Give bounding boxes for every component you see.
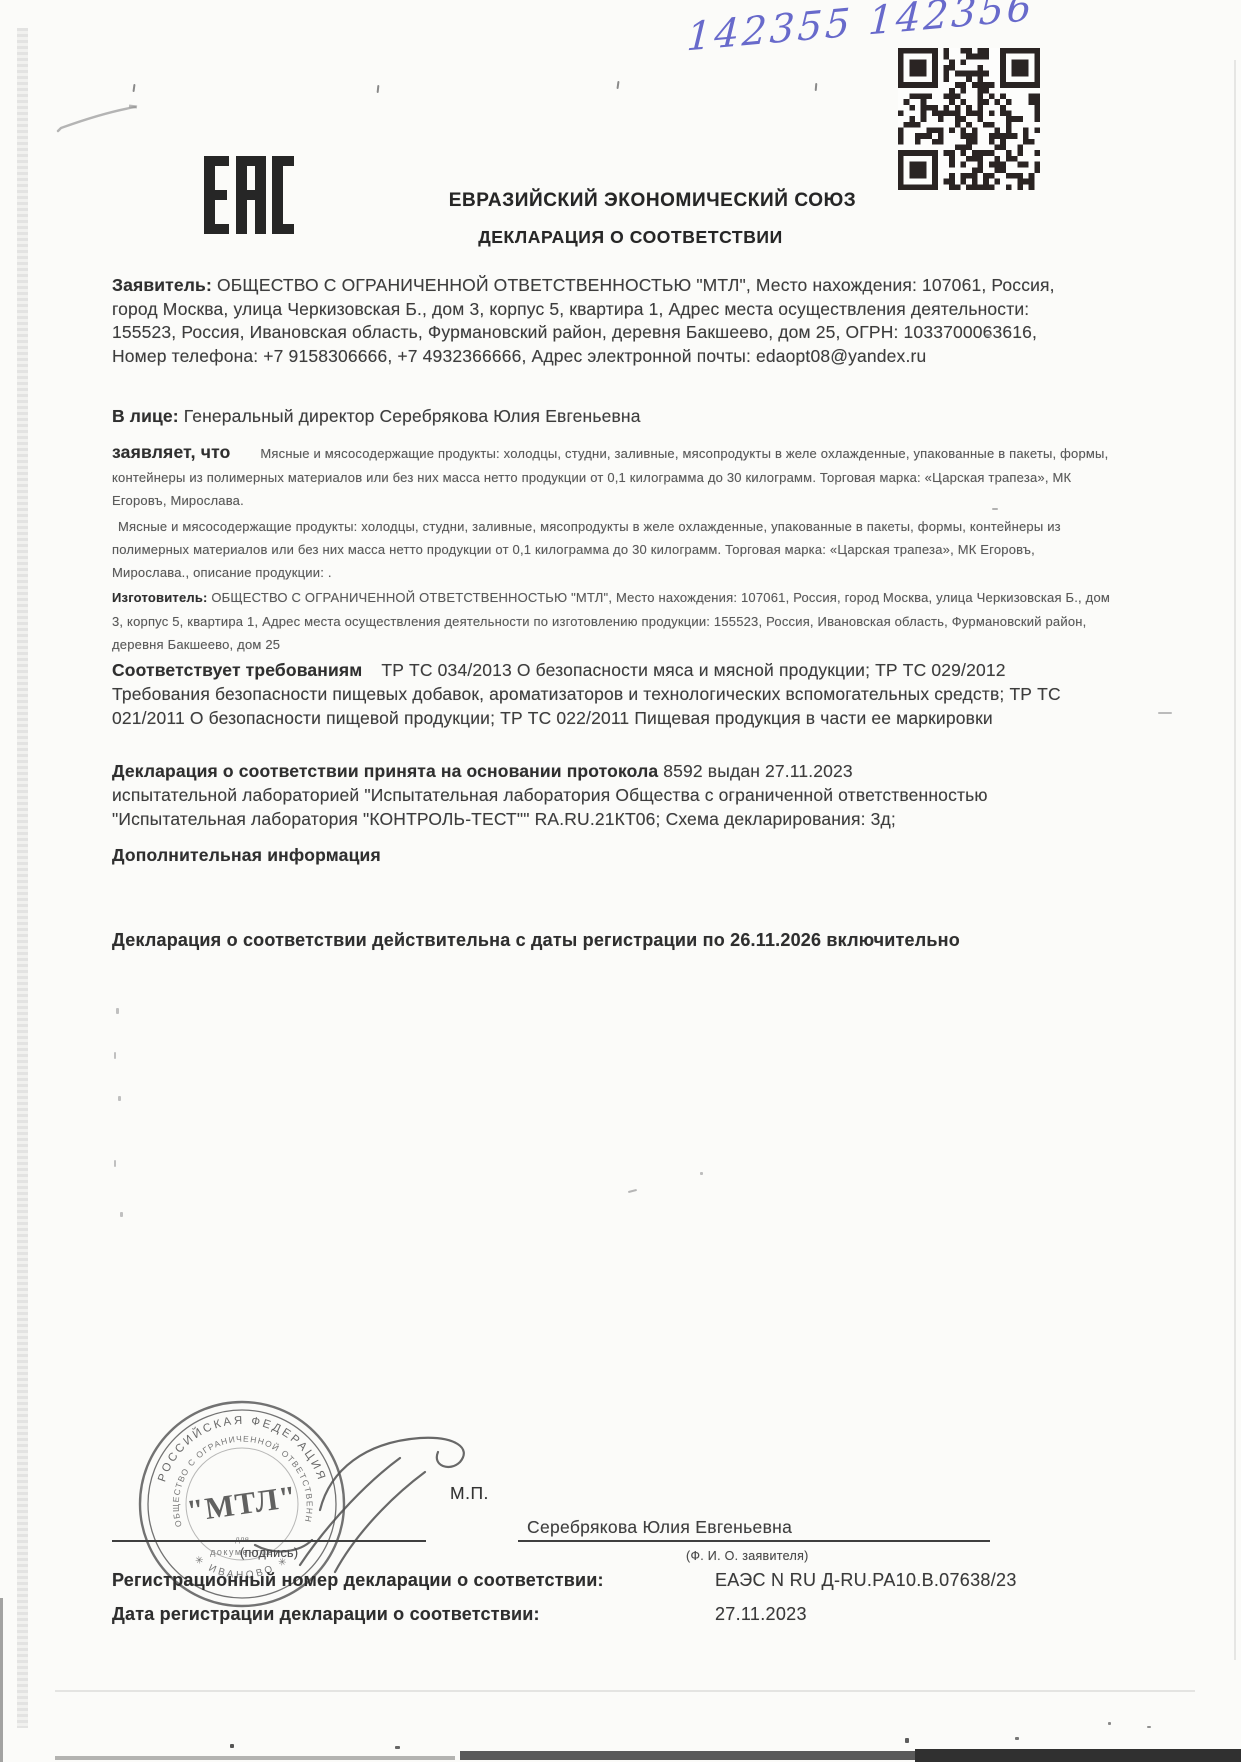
scan-speck bbox=[1015, 1737, 1019, 1740]
in-person-label: В лице: bbox=[112, 406, 179, 426]
signature-scribble bbox=[240, 1425, 500, 1585]
applicant-text: ОБЩЕСТВО С ОГРАНИЧЕННОЙ ОТВЕТСТВЕННОСТЬЮ… bbox=[112, 275, 1055, 366]
scan-speck bbox=[905, 1738, 909, 1743]
basis-value: 8592 выдан 27.11.2023 bbox=[663, 761, 853, 781]
scan-bottom-band-dark bbox=[915, 1749, 1241, 1762]
basis-line: Декларация о соответствии принята на осн… bbox=[112, 759, 1100, 783]
conforms-section: Соответствует требованиям ТР ТС 034/2013… bbox=[112, 658, 1100, 730]
reg-number-label: Регистрационный номер декларации о соотв… bbox=[112, 1570, 604, 1591]
scan-speck bbox=[118, 1096, 121, 1101]
scan-speck bbox=[395, 1746, 400, 1749]
scan-speck bbox=[114, 1160, 116, 1167]
scan-speck bbox=[1158, 712, 1172, 714]
reg-number-value: ЕАЭС N RU Д-RU.РА10.В.07638/23 bbox=[715, 1570, 1017, 1591]
qr-code bbox=[898, 48, 1040, 190]
scan-speck bbox=[700, 1172, 703, 1175]
product-description: Мясные и мясосодержащие продукты: холодц… bbox=[112, 515, 1114, 584]
name-line bbox=[518, 1540, 990, 1542]
applicant-section: Заявитель: ОБЩЕСТВО С ОГРАНИЧЕННОЙ ОТВЕТ… bbox=[112, 274, 1094, 368]
reg-date-value: 27.11.2023 bbox=[715, 1604, 807, 1625]
scan-speck bbox=[230, 1744, 234, 1748]
declares-section: заявляет, что Мясные и мясосодержащие пр… bbox=[112, 441, 1120, 513]
reg-date-label: Дата регистрации декларации о соответств… bbox=[112, 1604, 540, 1625]
scan-bottom-band-mid bbox=[460, 1751, 920, 1760]
scan-bottom-band-light bbox=[55, 1756, 455, 1760]
tick-mark bbox=[377, 85, 380, 93]
declares-label: заявляет, что bbox=[112, 442, 231, 462]
stamp-place-label: М.П. bbox=[450, 1483, 489, 1504]
pencil-stroke-mark bbox=[55, 98, 145, 134]
validity-statement: Декларация о соответствии действительна … bbox=[112, 930, 1122, 951]
tick-mark bbox=[132, 84, 135, 92]
applicant-label: Заявитель: bbox=[112, 275, 212, 295]
basis-section: Декларация о соответствии принята на осн… bbox=[112, 759, 1100, 831]
scan-edge-line-right bbox=[1234, 60, 1236, 1660]
signature-caption: (подпись) bbox=[240, 1546, 298, 1560]
fio-caption: (Ф. И. О. заявителя) bbox=[686, 1549, 809, 1563]
scan-edge-strip-left bbox=[17, 28, 28, 1728]
conforms-label: Соответствует требованиям bbox=[112, 660, 362, 680]
scanned-declaration-page: { "annotations": { "handwritten_numbers"… bbox=[0, 0, 1241, 1762]
tick-mark bbox=[815, 83, 818, 91]
basis-label: Декларация о соответствии принята на осн… bbox=[112, 761, 658, 781]
scan-speck bbox=[992, 508, 998, 510]
manufacturer-section: Изготовитель: ОБЩЕСТВО С ОГРАНИЧЕННОЙ ОТ… bbox=[112, 586, 1114, 657]
manufacturer-label: Изготовитель: bbox=[112, 590, 208, 605]
scan-speck bbox=[628, 1189, 637, 1193]
scan-speck bbox=[986, 334, 991, 337]
manufacturer-text: ОБЩЕСТВО С ОГРАНИЧЕННОЙ ОТВЕТСТВЕННОСТЬЮ… bbox=[112, 590, 1110, 652]
union-title: ЕВРАЗИЙСКИЙ ЭКОНОМИЧЕСКИЙ СОЮЗ bbox=[150, 190, 1155, 212]
scan-speck bbox=[1147, 1726, 1151, 1728]
signatory-name: Серебрякова Юлия Евгеньевна bbox=[527, 1517, 792, 1538]
declares-text: Мясные и мясосодержащие продукты: холодц… bbox=[112, 446, 1108, 508]
signature-line bbox=[112, 1540, 426, 1542]
scan-fold-line bbox=[55, 1690, 1195, 1692]
scan-edge-sliver-left bbox=[0, 1598, 3, 1762]
scan-speck bbox=[114, 1052, 116, 1059]
in-person-text: Генеральный директор Серебрякова Юлия Ев… bbox=[184, 406, 641, 426]
basis-rest: испытательной лабораторией "Испытательна… bbox=[112, 783, 1100, 831]
scan-speck bbox=[120, 1212, 123, 1217]
scan-speck bbox=[1108, 1722, 1111, 1725]
tick-mark bbox=[616, 81, 619, 89]
scan-speck bbox=[116, 1008, 119, 1014]
in-person-section: В лице: Генеральный директор Серебрякова… bbox=[112, 405, 1094, 429]
doc-title: ДЕКЛАРАЦИЯ О СООТВЕТСТВИИ bbox=[128, 227, 1133, 248]
additional-info-label: Дополнительная информация bbox=[112, 845, 381, 866]
